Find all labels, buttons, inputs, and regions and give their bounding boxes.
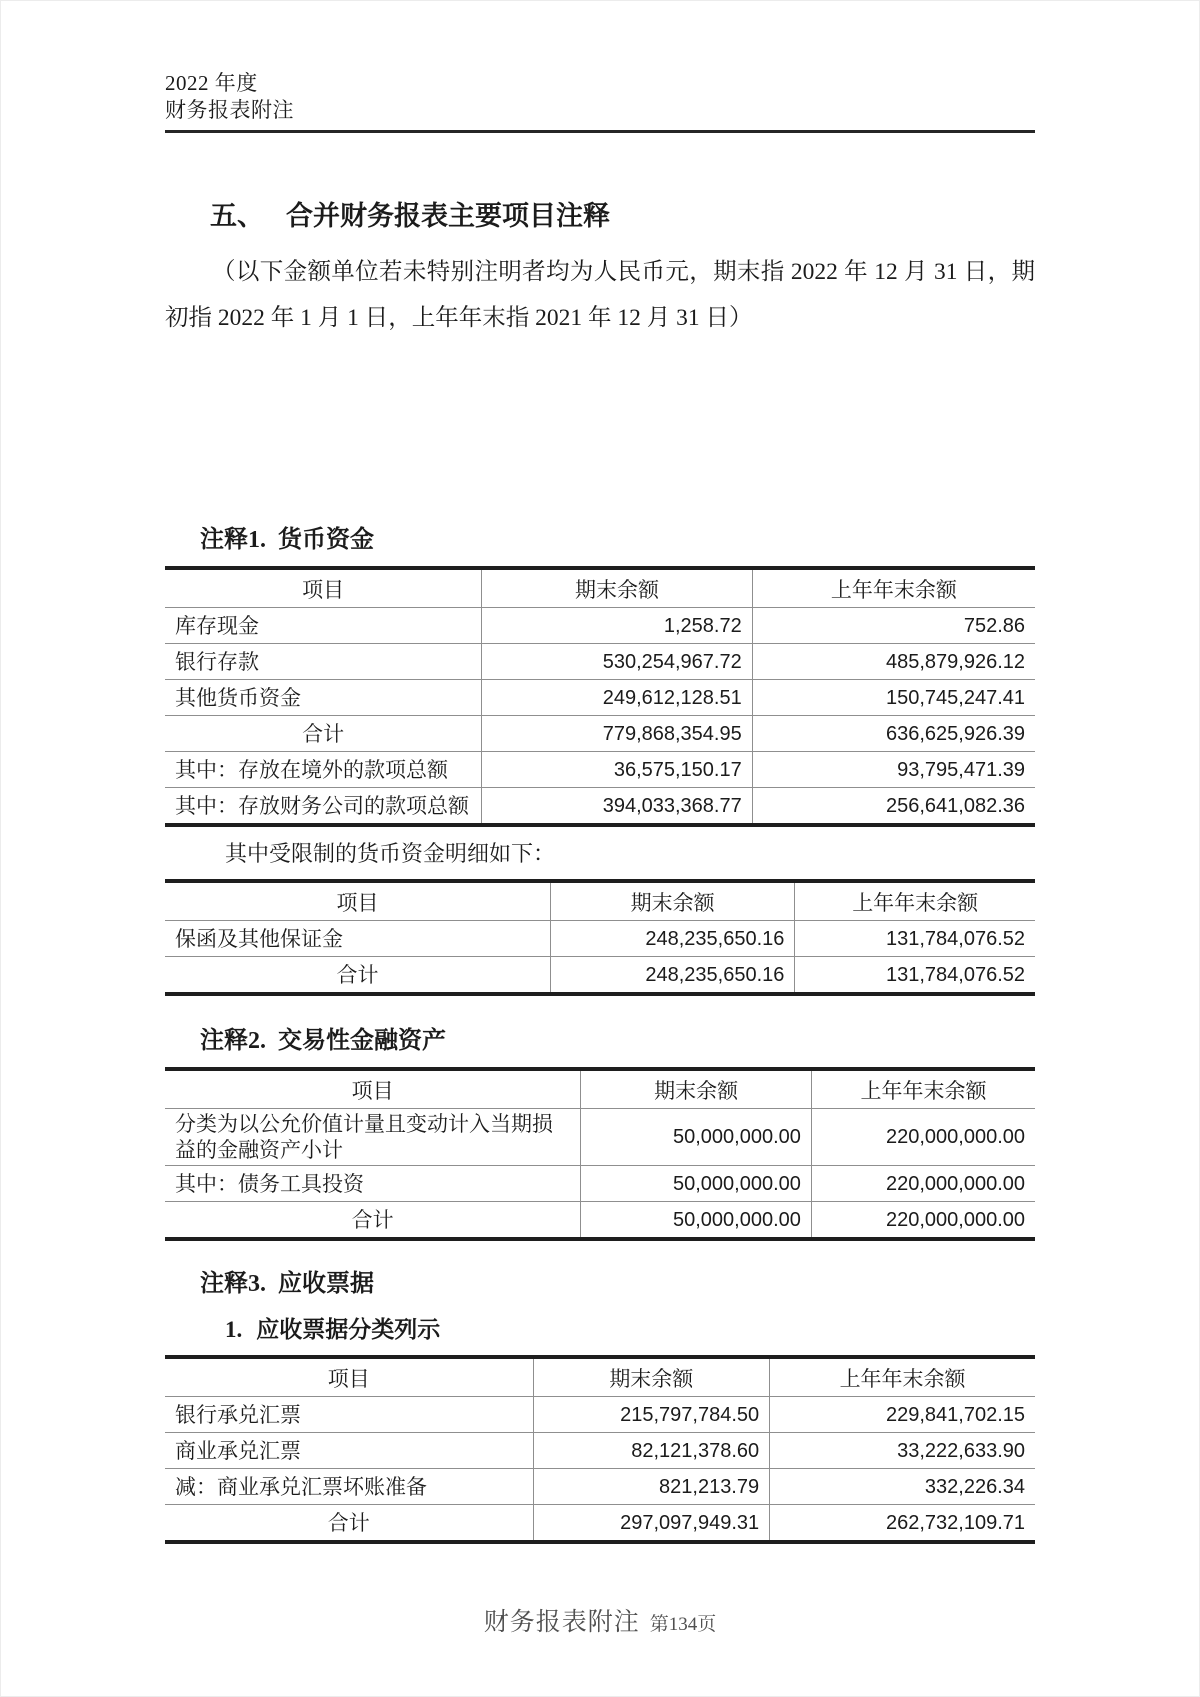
column-header: 期末余额 [550,881,794,921]
column-header: 上年年末余额 [795,881,1035,921]
row-value: 131,784,076.52 [795,921,1035,957]
table-row: 合计248,235,650.16131,784,076.52 [165,957,1035,995]
row-value: 50,000,000.00 [581,1166,812,1202]
restricted-funds-caption: 其中受限制的货币资金明细如下： [225,840,1035,868]
column-header: 项目 [165,1357,533,1397]
column-header: 期末余额 [482,568,753,608]
table-row: 其他货币资金249,612,128.51150,745,247.41 [165,680,1035,716]
row-value: 93,795,471.39 [752,752,1035,788]
row-value: 36,575,150.17 [482,752,753,788]
row-value: 256,641,082.36 [752,788,1035,826]
row-label: 合计 [165,716,482,752]
row-value: 248,235,650.16 [550,921,794,957]
row-value: 248,235,650.16 [550,957,794,995]
row-value: 82,121,378.60 [533,1433,770,1469]
row-label: 银行存款 [165,644,482,680]
row-value: 394,033,368.77 [482,788,753,826]
note3-sub-title-text: 应收票据分类列示 [256,1317,440,1342]
running-header: 2022 年度 财务报表附注 [165,0,1035,133]
footer-title: 财务报表附注 [484,1609,640,1636]
row-value: 220,000,000.00 [811,1166,1035,1202]
column-header: 项目 [165,881,550,921]
table-row: 合计297,097,949.31262,732,109.71 [165,1505,1035,1543]
row-label: 其中：存放财务公司的款项总额 [165,788,482,826]
column-header: 期末余额 [533,1357,770,1397]
row-value: 220,000,000.00 [811,1202,1035,1240]
row-label: 分类为以公允价值计量且变动计入当期损益的金融资产小计 [165,1109,581,1166]
row-value: 636,625,926.39 [752,716,1035,752]
footer-page-number: 第134页 [650,1614,717,1635]
table-row: 保函及其他保证金248,235,650.16131,784,076.52 [165,921,1035,957]
row-label: 银行承兑汇票 [165,1397,533,1433]
row-label: 减：商业承兑汇票坏账准备 [165,1469,533,1505]
column-header: 项目 [165,1069,581,1109]
table-header-row: 项目期末余额上年年末余额 [165,1069,1035,1109]
monetary-funds-table: 项目期末余额上年年末余额库存现金1,258.72752.86银行存款530,25… [165,566,1035,827]
column-header: 上年年末余额 [752,568,1035,608]
row-value: 50,000,000.00 [581,1109,812,1166]
note3-heading: 注释3.应收票据 [200,1269,1035,1299]
row-value: 249,612,128.51 [482,680,753,716]
row-value: 33,222,633.90 [770,1433,1035,1469]
row-value: 131,784,076.52 [795,957,1035,995]
note3-sub-label: 1. [225,1315,242,1344]
row-label: 库存现金 [165,608,482,644]
row-label: 其中：债务工具投资 [165,1166,581,1202]
row-value: 215,797,784.50 [533,1397,770,1433]
table-header-row: 项目期末余额上年年末余额 [165,881,1035,921]
row-value: 1,258.72 [482,608,753,644]
note2-heading: 注释2.交易性金融资产 [200,1026,1035,1056]
table-header-row: 项目期末余额上年年末余额 [165,1357,1035,1397]
row-label: 其中：存放在境外的款项总额 [165,752,482,788]
note1-heading: 注释1.货币资金 [200,525,1035,555]
note1-title-text: 货币资金 [278,527,374,553]
row-value: 821,213.79 [533,1469,770,1505]
row-value: 752.86 [752,608,1035,644]
row-label: 保函及其他保证金 [165,921,550,957]
note3-sub-heading: 1.应收票据分类列示 [225,1315,1035,1344]
note3-label: 注释3. [200,1269,266,1299]
table-row: 合计50,000,000.00220,000,000.00 [165,1202,1035,1240]
note3-title-text: 应收票据 [278,1271,374,1297]
header-doc-title: 财务报表附注 [165,97,1035,124]
note2-label: 注释2. [200,1026,266,1056]
note1-label: 注释1. [200,525,266,555]
intro-paragraph: （以下金额单位若未特别注明者均为人民币元，期末指 2022 年 12 月 31 … [165,249,1035,341]
row-label: 其他货币资金 [165,680,482,716]
table-row: 银行存款530,254,967.72485,879,926.12 [165,644,1035,680]
row-value: 229,841,702.15 [770,1397,1035,1433]
table-row: 合计779,868,354.95636,625,926.39 [165,716,1035,752]
table-row: 库存现金1,258.72752.86 [165,608,1035,644]
column-header: 项目 [165,568,482,608]
table-row: 其中：存放在境外的款项总额36,575,150.1793,795,471.39 [165,752,1035,788]
row-value: 530,254,967.72 [482,644,753,680]
table-header-row: 项目期末余额上年年末余额 [165,568,1035,608]
table-row: 分类为以公允价值计量且变动计入当期损益的金融资产小计50,000,000.002… [165,1109,1035,1166]
table-row: 其中：存放财务公司的款项总额394,033,368.77256,641,082.… [165,788,1035,826]
section-number: 五、 [210,199,264,233]
row-value: 779,868,354.95 [482,716,753,752]
column-header: 上年年末余额 [770,1357,1035,1397]
column-header: 期末余额 [581,1069,812,1109]
trading-financial-assets-table: 项目期末余额上年年末余额分类为以公允价值计量且变动计入当期损益的金融资产小计50… [165,1067,1035,1241]
document-page: 2022 年度 财务报表附注 五、合并财务报表主要项目注释 （以下金额单位若未特… [0,0,1200,1697]
row-label: 合计 [165,957,550,995]
page-content: 2022 年度 财务报表附注 五、合并财务报表主要项目注释 （以下金额单位若未特… [165,0,1035,1638]
row-value: 332,226.34 [770,1469,1035,1505]
table-row: 商业承兑汇票82,121,378.6033,222,633.90 [165,1433,1035,1469]
note2-title-text: 交易性金融资产 [278,1028,446,1054]
row-label: 合计 [165,1505,533,1543]
section-title: 五、合并财务报表主要项目注释 [210,199,1035,233]
header-year: 2022 年度 [165,70,1035,97]
row-label: 商业承兑汇票 [165,1433,533,1469]
notes-receivable-table: 项目期末余额上年年末余额银行承兑汇票215,797,784.50229,841,… [165,1355,1035,1544]
table-row: 银行承兑汇票215,797,784.50229,841,702.15 [165,1397,1035,1433]
row-label: 合计 [165,1202,581,1240]
page-footer: 财务报表附注第134页 [165,1602,1035,1638]
row-value: 262,732,109.71 [770,1505,1035,1543]
restricted-funds-table: 项目期末余额上年年末余额保函及其他保证金248,235,650.16131,78… [165,879,1035,996]
row-value: 150,745,247.41 [752,680,1035,716]
table-row: 减：商业承兑汇票坏账准备821,213.79332,226.34 [165,1469,1035,1505]
row-value: 220,000,000.00 [811,1109,1035,1166]
row-value: 297,097,949.31 [533,1505,770,1543]
table-row: 其中：债务工具投资50,000,000.00220,000,000.00 [165,1166,1035,1202]
column-header: 上年年末余额 [811,1069,1035,1109]
section-title-text: 合并财务报表主要项目注释 [286,201,610,231]
row-value: 50,000,000.00 [581,1202,812,1240]
row-value: 485,879,926.12 [752,644,1035,680]
